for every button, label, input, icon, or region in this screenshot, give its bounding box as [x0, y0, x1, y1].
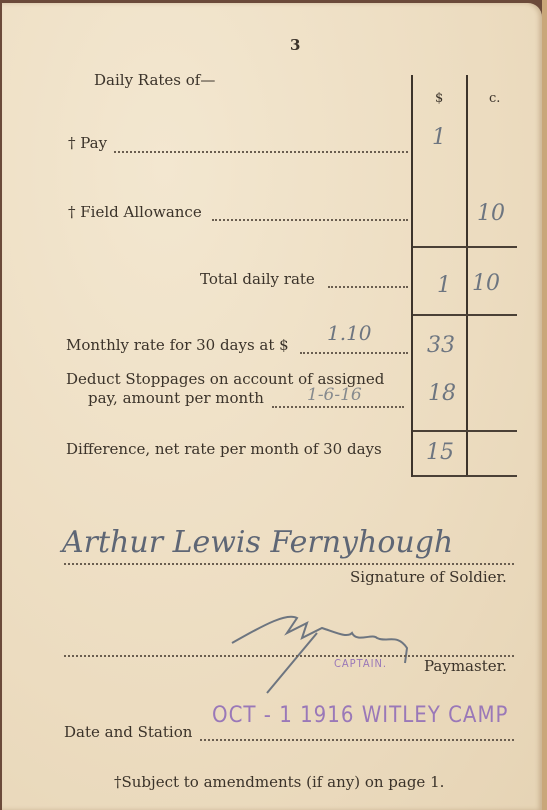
- rule-difference: [413, 430, 517, 432]
- total-cents: 10: [472, 271, 500, 296]
- monthly-dollars: 33: [427, 333, 455, 358]
- soldier-signature: Arthur Lewis Fernyhough: [62, 525, 453, 560]
- field-allowance-cents: 10: [477, 201, 505, 226]
- deduct-label-line2: pay, amount per month: [88, 389, 264, 407]
- deduct-dollars: 18: [428, 381, 456, 406]
- monthly-leader: [300, 352, 408, 354]
- page-edge: [542, 0, 547, 810]
- date-station-label: Date and Station: [64, 723, 192, 741]
- total-label: Total daily rate: [200, 270, 315, 288]
- deduct-leader: [272, 406, 404, 408]
- date-station-stamp: OCT - 1 1916 WITLEY CAMP: [212, 703, 508, 728]
- monthly-label: Monthly rate for 30 days at $: [66, 336, 289, 354]
- paymaster-signature-icon: [227, 603, 417, 698]
- total-leader: [328, 286, 408, 288]
- footnote: †Subject to amendments (if any) on page …: [114, 773, 444, 791]
- paymaster-caption: Paymaster.: [424, 657, 507, 675]
- field-allowance-label: † Field Allowance: [68, 203, 202, 221]
- monthly-rate-written: 1.10: [327, 321, 372, 345]
- difference-dollars: 15: [426, 440, 454, 465]
- difference-label: Difference, net rate per month of 30 day…: [66, 440, 382, 458]
- date-station-line: [200, 739, 514, 741]
- pay-label: † Pay: [68, 134, 107, 152]
- field-allowance-leader: [212, 219, 408, 221]
- deduct-date-written: 1-6-16: [307, 385, 362, 405]
- rule-bottom: [413, 475, 517, 477]
- soldier-signature-line: [64, 563, 514, 565]
- header-title: Daily Rates of—: [94, 71, 215, 89]
- captain-stamp: CAPTAIN.: [334, 657, 387, 670]
- rule-subtotal: [413, 246, 517, 248]
- pay-leader: [114, 151, 408, 153]
- column-divider-mid: [466, 75, 468, 477]
- column-divider-left: [411, 75, 413, 477]
- document-page: 3 Daily Rates of— $ c. † Pay 1 † Field A…: [2, 3, 542, 810]
- soldier-signature-caption: Signature of Soldier.: [350, 568, 507, 586]
- col-dollars-header: $: [435, 91, 443, 106]
- page-number: 3: [290, 36, 300, 54]
- rule-total: [413, 314, 517, 316]
- total-dollars: 1: [437, 273, 451, 298]
- col-cents-header: c.: [489, 91, 500, 106]
- pay-dollars: 1: [432, 125, 446, 150]
